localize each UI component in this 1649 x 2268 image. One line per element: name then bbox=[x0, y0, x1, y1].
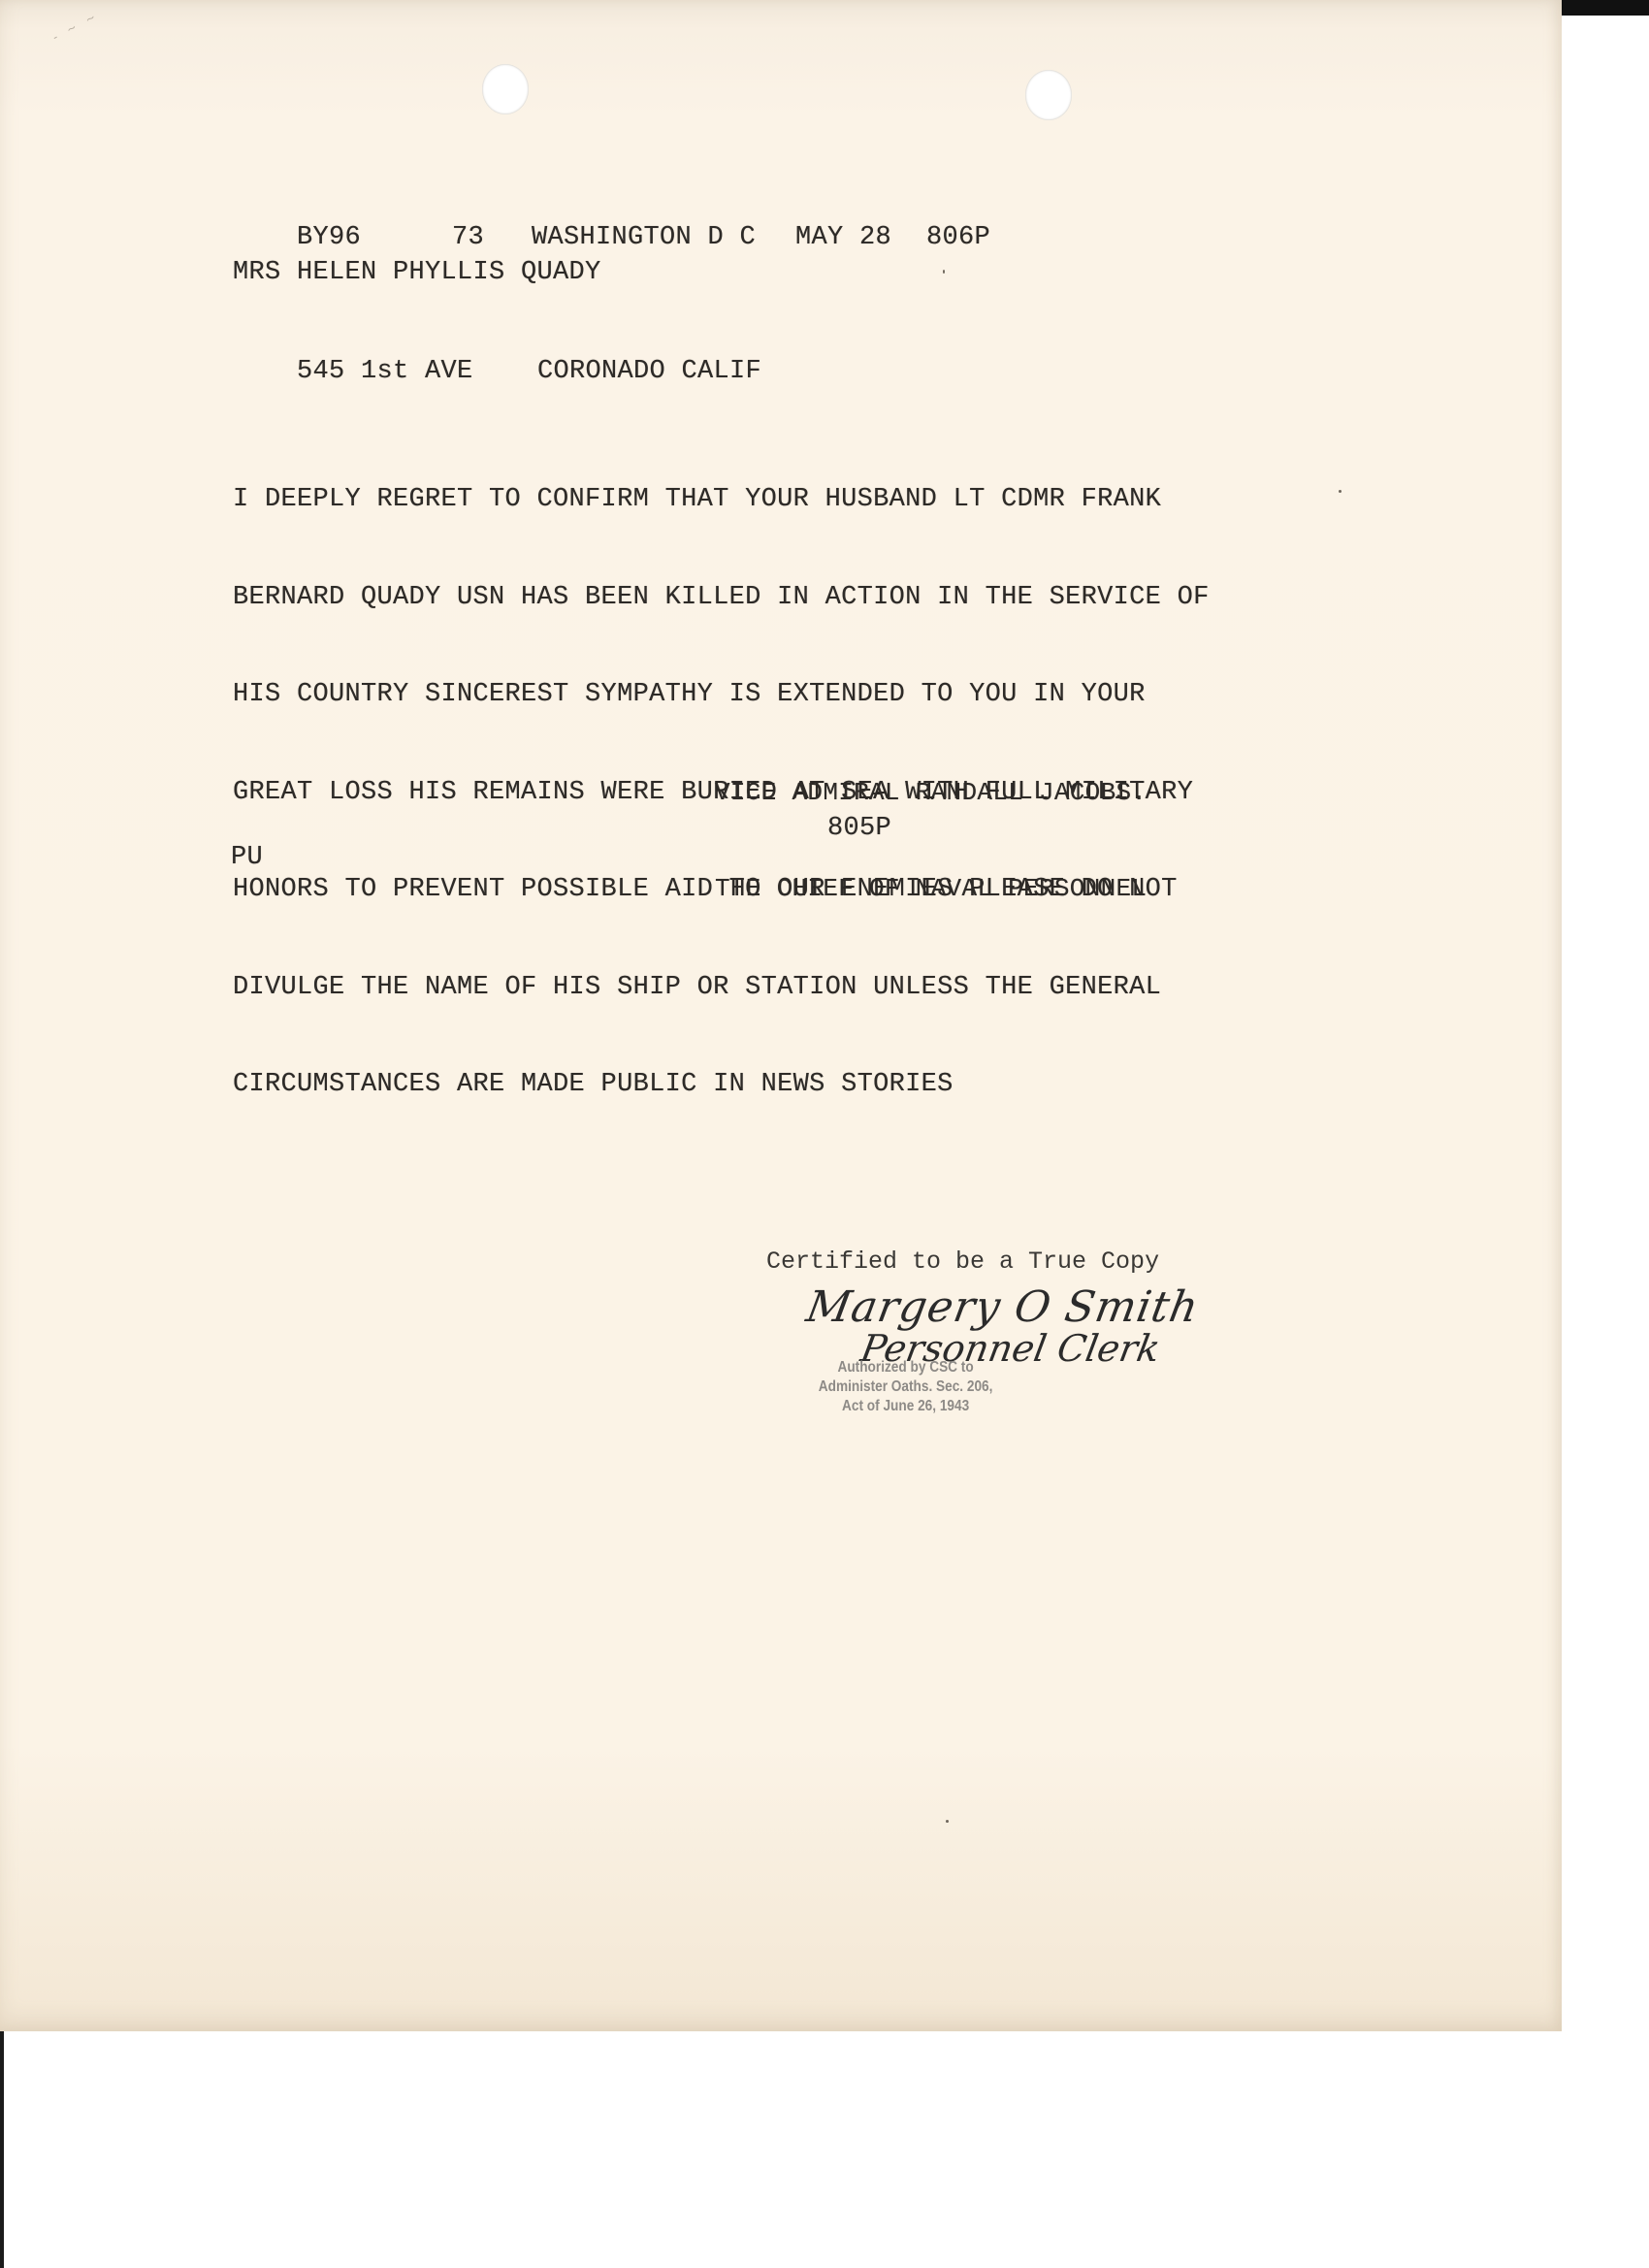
punch-hole-right bbox=[1025, 70, 1072, 120]
origin-location: WASHINGTON D C bbox=[532, 222, 795, 254]
scan-border-left bbox=[0, 2031, 4, 2268]
sender-signature-block: VICE ADMIRAL RANDALL JACOBS. THE CHIEF O… bbox=[715, 713, 1147, 969]
authorization-stamp: Authorized by CSC to Administer Oaths. S… bbox=[803, 1358, 1008, 1416]
body-line: I DEEPLY REGRET TO CONFIRM THAT YOUR HUS… bbox=[233, 484, 1210, 517]
corner-pencil-marks: - ~ ~ bbox=[50, 9, 102, 45]
stamp-line: Administer Oaths. Sec. 206, bbox=[803, 1377, 1008, 1397]
sender-name: VICE ADMIRAL RANDALL JACOBS. bbox=[715, 777, 1147, 809]
message-code: BY96 bbox=[297, 222, 452, 254]
paper-speck bbox=[1339, 490, 1342, 493]
body-line: DIVULGE THE NAME OF HIS SHIP OR STATION … bbox=[233, 972, 1210, 1005]
send-time: 806P bbox=[926, 222, 990, 254]
stamp-line: Act of June 26, 1943 bbox=[803, 1397, 1008, 1416]
end-time: 805P bbox=[827, 813, 891, 845]
recipient-address: 545 1st AVECORONADO CALIF bbox=[233, 324, 761, 420]
operator-code: PU bbox=[231, 842, 263, 874]
stamp-line: Authorized by CSC to bbox=[803, 1358, 1008, 1377]
paper-speck bbox=[946, 1820, 949, 1823]
punch-hole-left bbox=[482, 64, 529, 114]
body-line: HIS COUNTRY SINCEREST SYMPATHY IS EXTEND… bbox=[233, 679, 1210, 712]
handwritten-signature: Margery O Smith bbox=[803, 1282, 1203, 1332]
body-line: BERNARD QUADY USN HAS BEEN KILLED IN ACT… bbox=[233, 582, 1210, 615]
scan-border-top-right bbox=[1562, 0, 1649, 16]
sender-title: THE CHIEF OF NAVAL PERSONNEL bbox=[715, 873, 1147, 905]
address-street: 545 1st AVE bbox=[297, 356, 537, 388]
certification-label: Certified to be a True Copy bbox=[766, 1247, 1159, 1276]
paper-speck bbox=[943, 270, 945, 274]
body-line: CIRCUMSTANCES ARE MADE PUBLIC IN NEWS ST… bbox=[233, 1069, 1210, 1102]
telegram-page: - ~ ~ BY9673WASHINGTON D CMAY 28806P MRS… bbox=[0, 0, 1562, 2031]
send-date: MAY 28 bbox=[795, 222, 926, 254]
recipient-name: MRS HELEN PHYLLIS QUADY bbox=[233, 257, 601, 289]
word-count: 73 bbox=[452, 222, 532, 254]
address-city: CORONADO CALIF bbox=[537, 357, 761, 386]
